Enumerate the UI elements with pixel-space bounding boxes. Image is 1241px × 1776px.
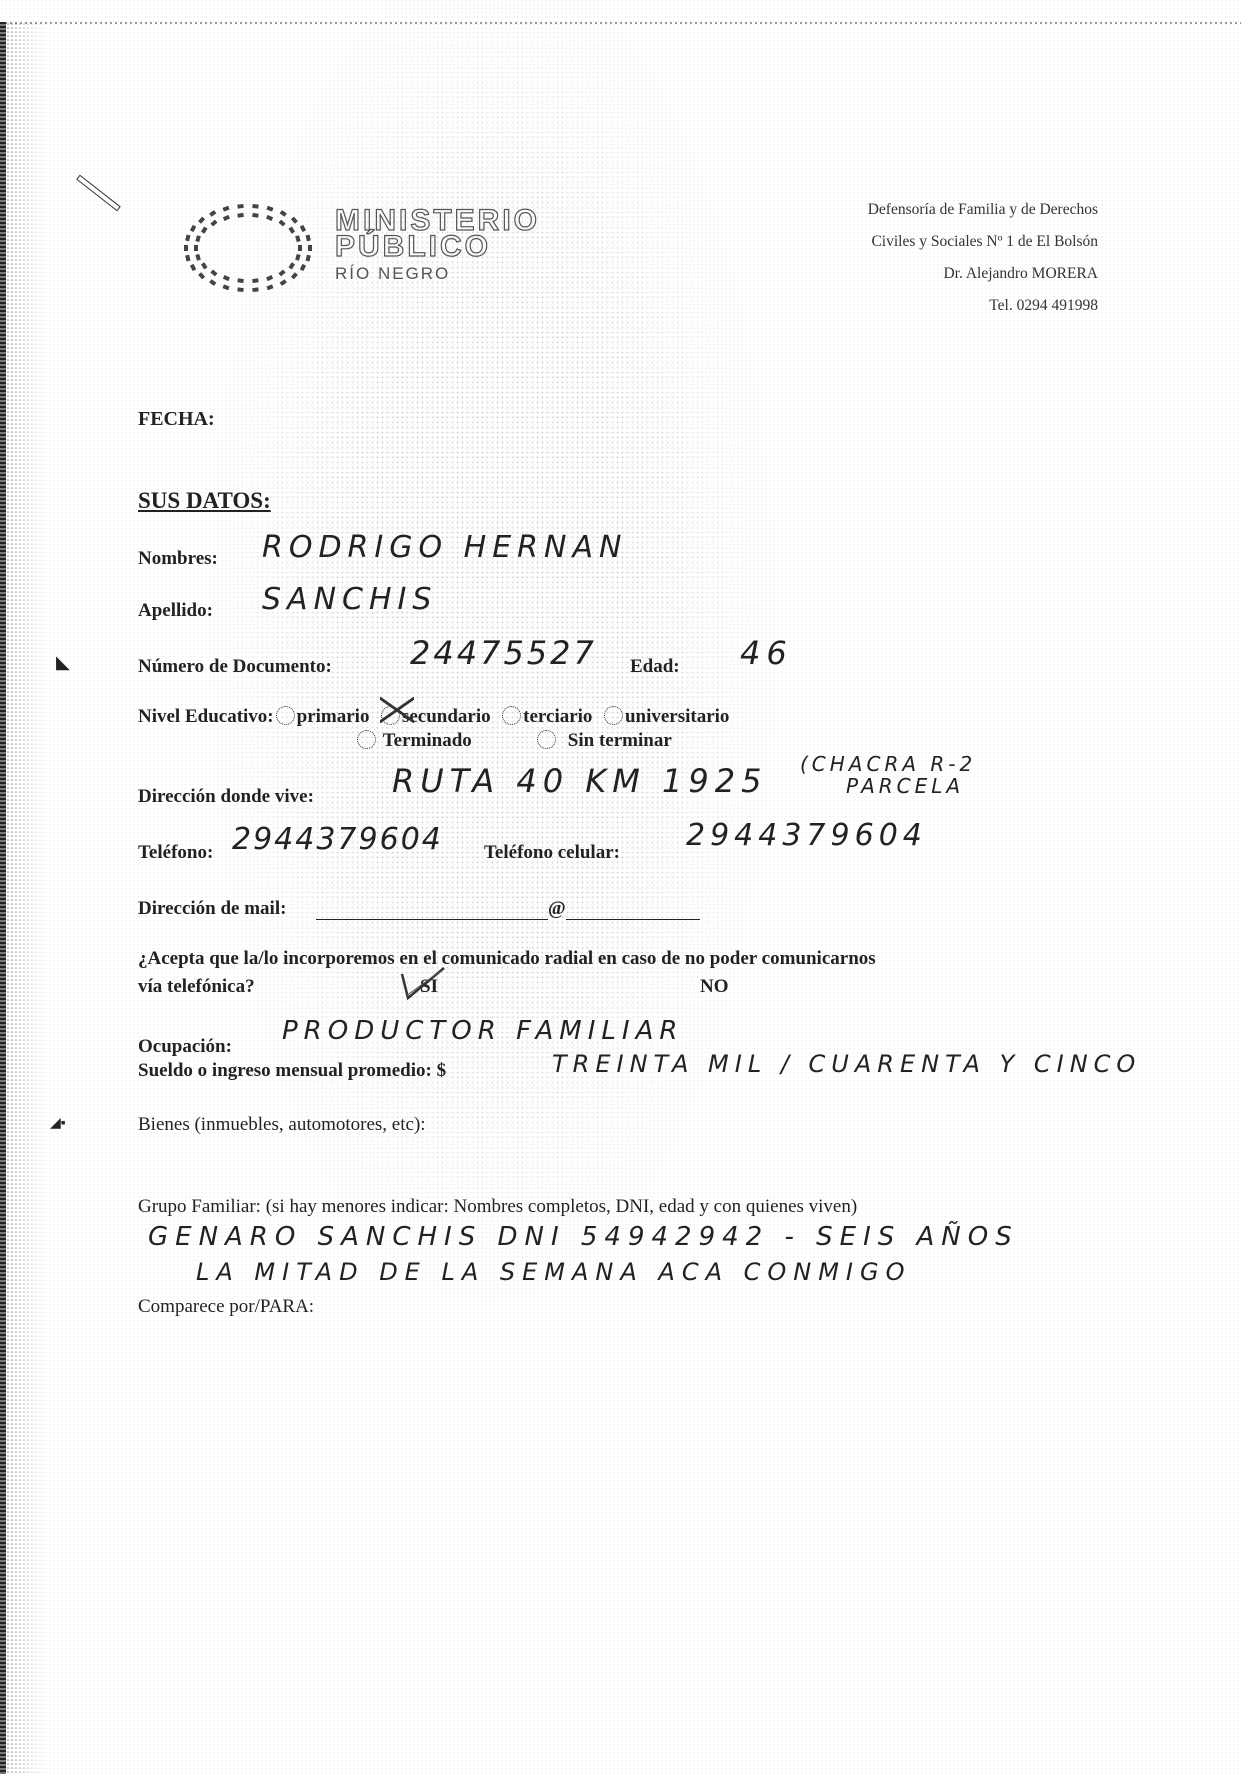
edad-value[interactable]: 46 xyxy=(740,634,793,672)
grupo-familiar-line-2[interactable]: LA MITAD DE LA SEMANA ACA CONMIGO xyxy=(196,1258,912,1286)
mail-at: @ xyxy=(548,898,566,919)
ministerio-logo-icon xyxy=(178,198,318,298)
section-title: SUS DATOS: xyxy=(138,488,271,514)
office-line-3: Dr. Alejandro MORERA xyxy=(868,258,1098,290)
office-phone: Tel. 0294 491998 xyxy=(868,290,1098,322)
comparece-label: Comparece por/PARA: xyxy=(138,1296,314,1318)
punch-mark-icon: ◣ xyxy=(56,652,70,673)
documento-value[interactable]: 24475527 xyxy=(410,634,597,672)
mail-domain-field[interactable] xyxy=(566,899,700,920)
estado-row: Terminado Sin terminar xyxy=(355,730,672,752)
edad-label: Edad: xyxy=(630,656,680,678)
radio-secundario[interactable] xyxy=(381,706,400,725)
radio-primario[interactable] xyxy=(276,706,295,725)
logo-text: MINISTERIO PÚBLICO RÍO NEGRO xyxy=(335,208,540,284)
option-sin-terminar: Sin terminar xyxy=(568,730,672,751)
sueldo-value[interactable]: TREINTA MIL / CUARENTA Y CINCO xyxy=(552,1050,1141,1078)
punch-mark-icon: ◢▪ xyxy=(50,1115,66,1132)
mail-label: Dirección de mail: xyxy=(138,898,286,919)
nivel-educativo-row: Nivel Educativo:primario secundario terc… xyxy=(138,706,729,728)
apellido-label: Apellido: xyxy=(138,600,213,622)
grupo-familiar-label: Grupo Familiar: (si hay menores indicar:… xyxy=(138,1196,857,1218)
page-left-shadow xyxy=(6,22,46,1774)
radio-terciario[interactable] xyxy=(502,706,521,725)
apellido-value[interactable]: SANCHIS xyxy=(262,582,437,617)
mail-row: Dirección de mail: @ xyxy=(138,898,700,920)
office-line-2: Civiles y Sociales Nº 1 de El Bolsón xyxy=(868,226,1098,258)
radio-sin-terminar[interactable] xyxy=(537,730,556,749)
logo-line-3: RÍO NEGRO xyxy=(335,264,540,284)
option-universitario: universitario xyxy=(625,706,730,727)
nombres-label: Nombres: xyxy=(138,548,218,570)
fecha-label: FECHA: xyxy=(138,408,215,431)
radio-terminado[interactable] xyxy=(357,730,376,749)
office-header: Defensoría de Familia y de Derechos Civi… xyxy=(868,194,1098,322)
direccion-note-2[interactable]: PARCELA xyxy=(846,774,964,798)
celular-value[interactable]: 2944379604 xyxy=(686,818,927,853)
nombres-value[interactable]: RODRIGO HERNAN xyxy=(262,530,627,565)
radial-question-1: ¿Acepta que la/lo incorporemos en el com… xyxy=(138,948,876,970)
bienes-label: Bienes (inmuebles, automotores, etc): xyxy=(138,1114,426,1136)
option-terciario: terciario xyxy=(523,706,592,727)
option-primario: primario xyxy=(297,706,370,727)
telefono-label: Teléfono: xyxy=(138,842,213,864)
page-top-edge xyxy=(0,22,1241,24)
ocupacion-value[interactable]: PRODUCTOR FAMILIAR xyxy=(282,1016,683,1046)
grupo-familiar-line-1[interactable]: GENARO SANCHIS DNI 54942942 - SEIS AÑOS xyxy=(148,1222,1019,1252)
check-mark-icon xyxy=(400,966,448,1002)
option-terminado: Terminado xyxy=(383,730,472,751)
direccion-label: Dirección donde vive: xyxy=(138,786,314,808)
ocupacion-label: Ocupación: xyxy=(138,1036,232,1058)
mail-user-field[interactable] xyxy=(316,899,548,920)
logo-line-2: PÚBLICO xyxy=(335,234,540,260)
direccion-value[interactable]: RUTA 40 KM 1925 xyxy=(392,762,767,800)
direccion-note-1[interactable]: (CHACRA R-2 xyxy=(800,752,976,776)
pen-mark xyxy=(76,175,121,212)
radial-question-2: vía telefónica? xyxy=(138,976,255,998)
nivel-educativo-label: Nivel Educativo: xyxy=(138,706,274,727)
radial-no-option[interactable]: NO xyxy=(700,976,729,998)
telefono-value[interactable]: 2944379604 xyxy=(232,822,443,857)
celular-label: Teléfono celular: xyxy=(484,842,620,864)
office-line-1: Defensoría de Familia y de Derechos xyxy=(868,194,1098,226)
documento-label: Número de Documento: xyxy=(138,656,332,678)
sueldo-label: Sueldo o ingreso mensual promedio: $ xyxy=(138,1060,446,1082)
radio-universitario[interactable] xyxy=(604,706,623,725)
option-secundario: secundario xyxy=(402,706,491,727)
